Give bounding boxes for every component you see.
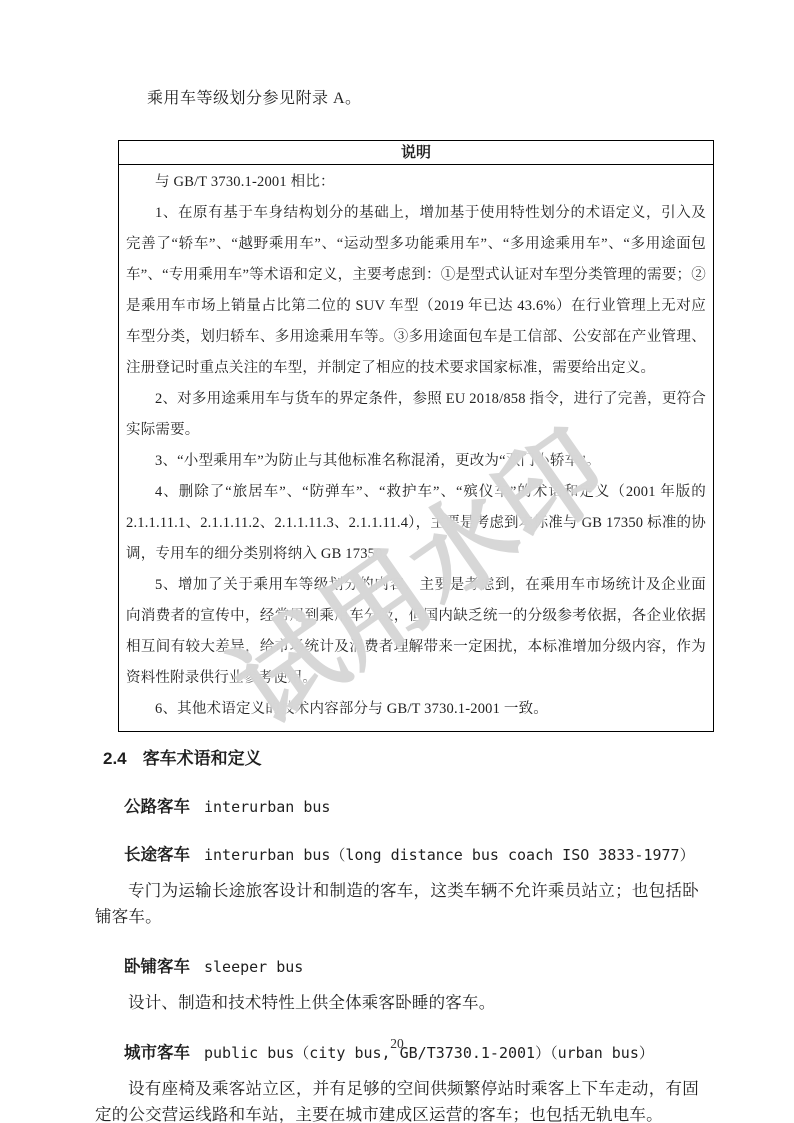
note-paragraph-2: 2、对多用途乘用车与货车的界定条件，参照 EU 2018/858 指令，进行了完… — [126, 384, 706, 446]
note-paragraph-compare: 与 GB/T 3730.1-2001 相比： — [126, 167, 706, 198]
page-content: 乘用车等级划分参见附录 A。 说明 与 GB/T 3730.1-2001 相比：… — [0, 0, 794, 1123]
term-entry-long-distance-bus: 长途客车interurban bus（long distance bus coa… — [95, 844, 699, 930]
page-number: 20 — [0, 1036, 794, 1052]
term-zh: 公路客车 — [124, 798, 190, 816]
document-page: 试用水印 乘用车等级划分参见附录 A。 说明 与 GB/T 3730.1-200… — [0, 0, 794, 1123]
note-paragraph-3: 3、“小型乘用车”为防止与其他标准名称混淆，更改为“双门小轿车”。 — [126, 446, 706, 477]
term-line: 长途客车interurban bus（long distance bus coa… — [95, 844, 699, 866]
term-line: 公路客车interurban bus — [95, 796, 699, 818]
note-box-body: 与 GB/T 3730.1-2001 相比： 1、在原有基于车身结构划分的基础上… — [119, 165, 713, 731]
section-title: 客车术语和定义 — [143, 749, 262, 768]
term-en: interurban bus（long distance bus coach I… — [204, 846, 695, 864]
term-entry-city-bus: 城市客车public bus（city bus, GB/T3730.1-2001… — [95, 1042, 699, 1123]
note-box: 说明 与 GB/T 3730.1-2001 相比： 1、在原有基于车身结构划分的… — [118, 140, 714, 732]
note-box-title: 说明 — [119, 141, 713, 165]
note-paragraph-4: 4、删除了“旅居车”、“防弹车”、“救护车”、“殡仪车”的术语和定义（2001 … — [126, 477, 706, 570]
intro-line: 乘用车等级划分参见附录 A。 — [147, 88, 699, 110]
term-definition: 设计、制造和技术特性上供全体乘客卧睡的客车。 — [95, 990, 699, 1016]
section-number: 2.4 — [103, 749, 127, 768]
note-paragraph-6: 6、其他术语定义的技术内容部分与 GB/T 3730.1-2001 一致。 — [126, 694, 706, 725]
term-en: sleeper bus — [204, 958, 303, 976]
note-paragraph-1: 1、在原有基于车身结构划分的基础上，增加基于使用特性划分的术语定义，引入及完善了… — [126, 198, 706, 384]
term-entry-highway-bus: 公路客车interurban bus — [95, 796, 699, 818]
note-paragraph-5: 5、增加了关于乘用车等级划分的内容，主要是考虑到，在乘用车市场统计及企业面向消费… — [126, 570, 706, 694]
term-line: 卧铺客车sleeper bus — [95, 956, 699, 978]
term-en: interurban bus — [204, 798, 330, 816]
term-entry-sleeper-bus: 卧铺客车sleeper bus 设计、制造和技术特性上供全体乘客卧睡的客车。 — [95, 956, 699, 1016]
term-definition: 设有座椅及乘客站立区，并有足够的空间供频繁停站时乘客上下车走动，有固定的公交营运… — [95, 1076, 699, 1123]
section-heading: 2.4客车术语和定义 — [103, 748, 699, 770]
term-zh: 卧铺客车 — [124, 958, 190, 976]
term-definition: 专门为运输长途旅客设计和制造的客车，这类车辆不允许乘员站立；也包括卧铺客车。 — [95, 878, 699, 930]
term-zh: 长途客车 — [124, 846, 190, 864]
